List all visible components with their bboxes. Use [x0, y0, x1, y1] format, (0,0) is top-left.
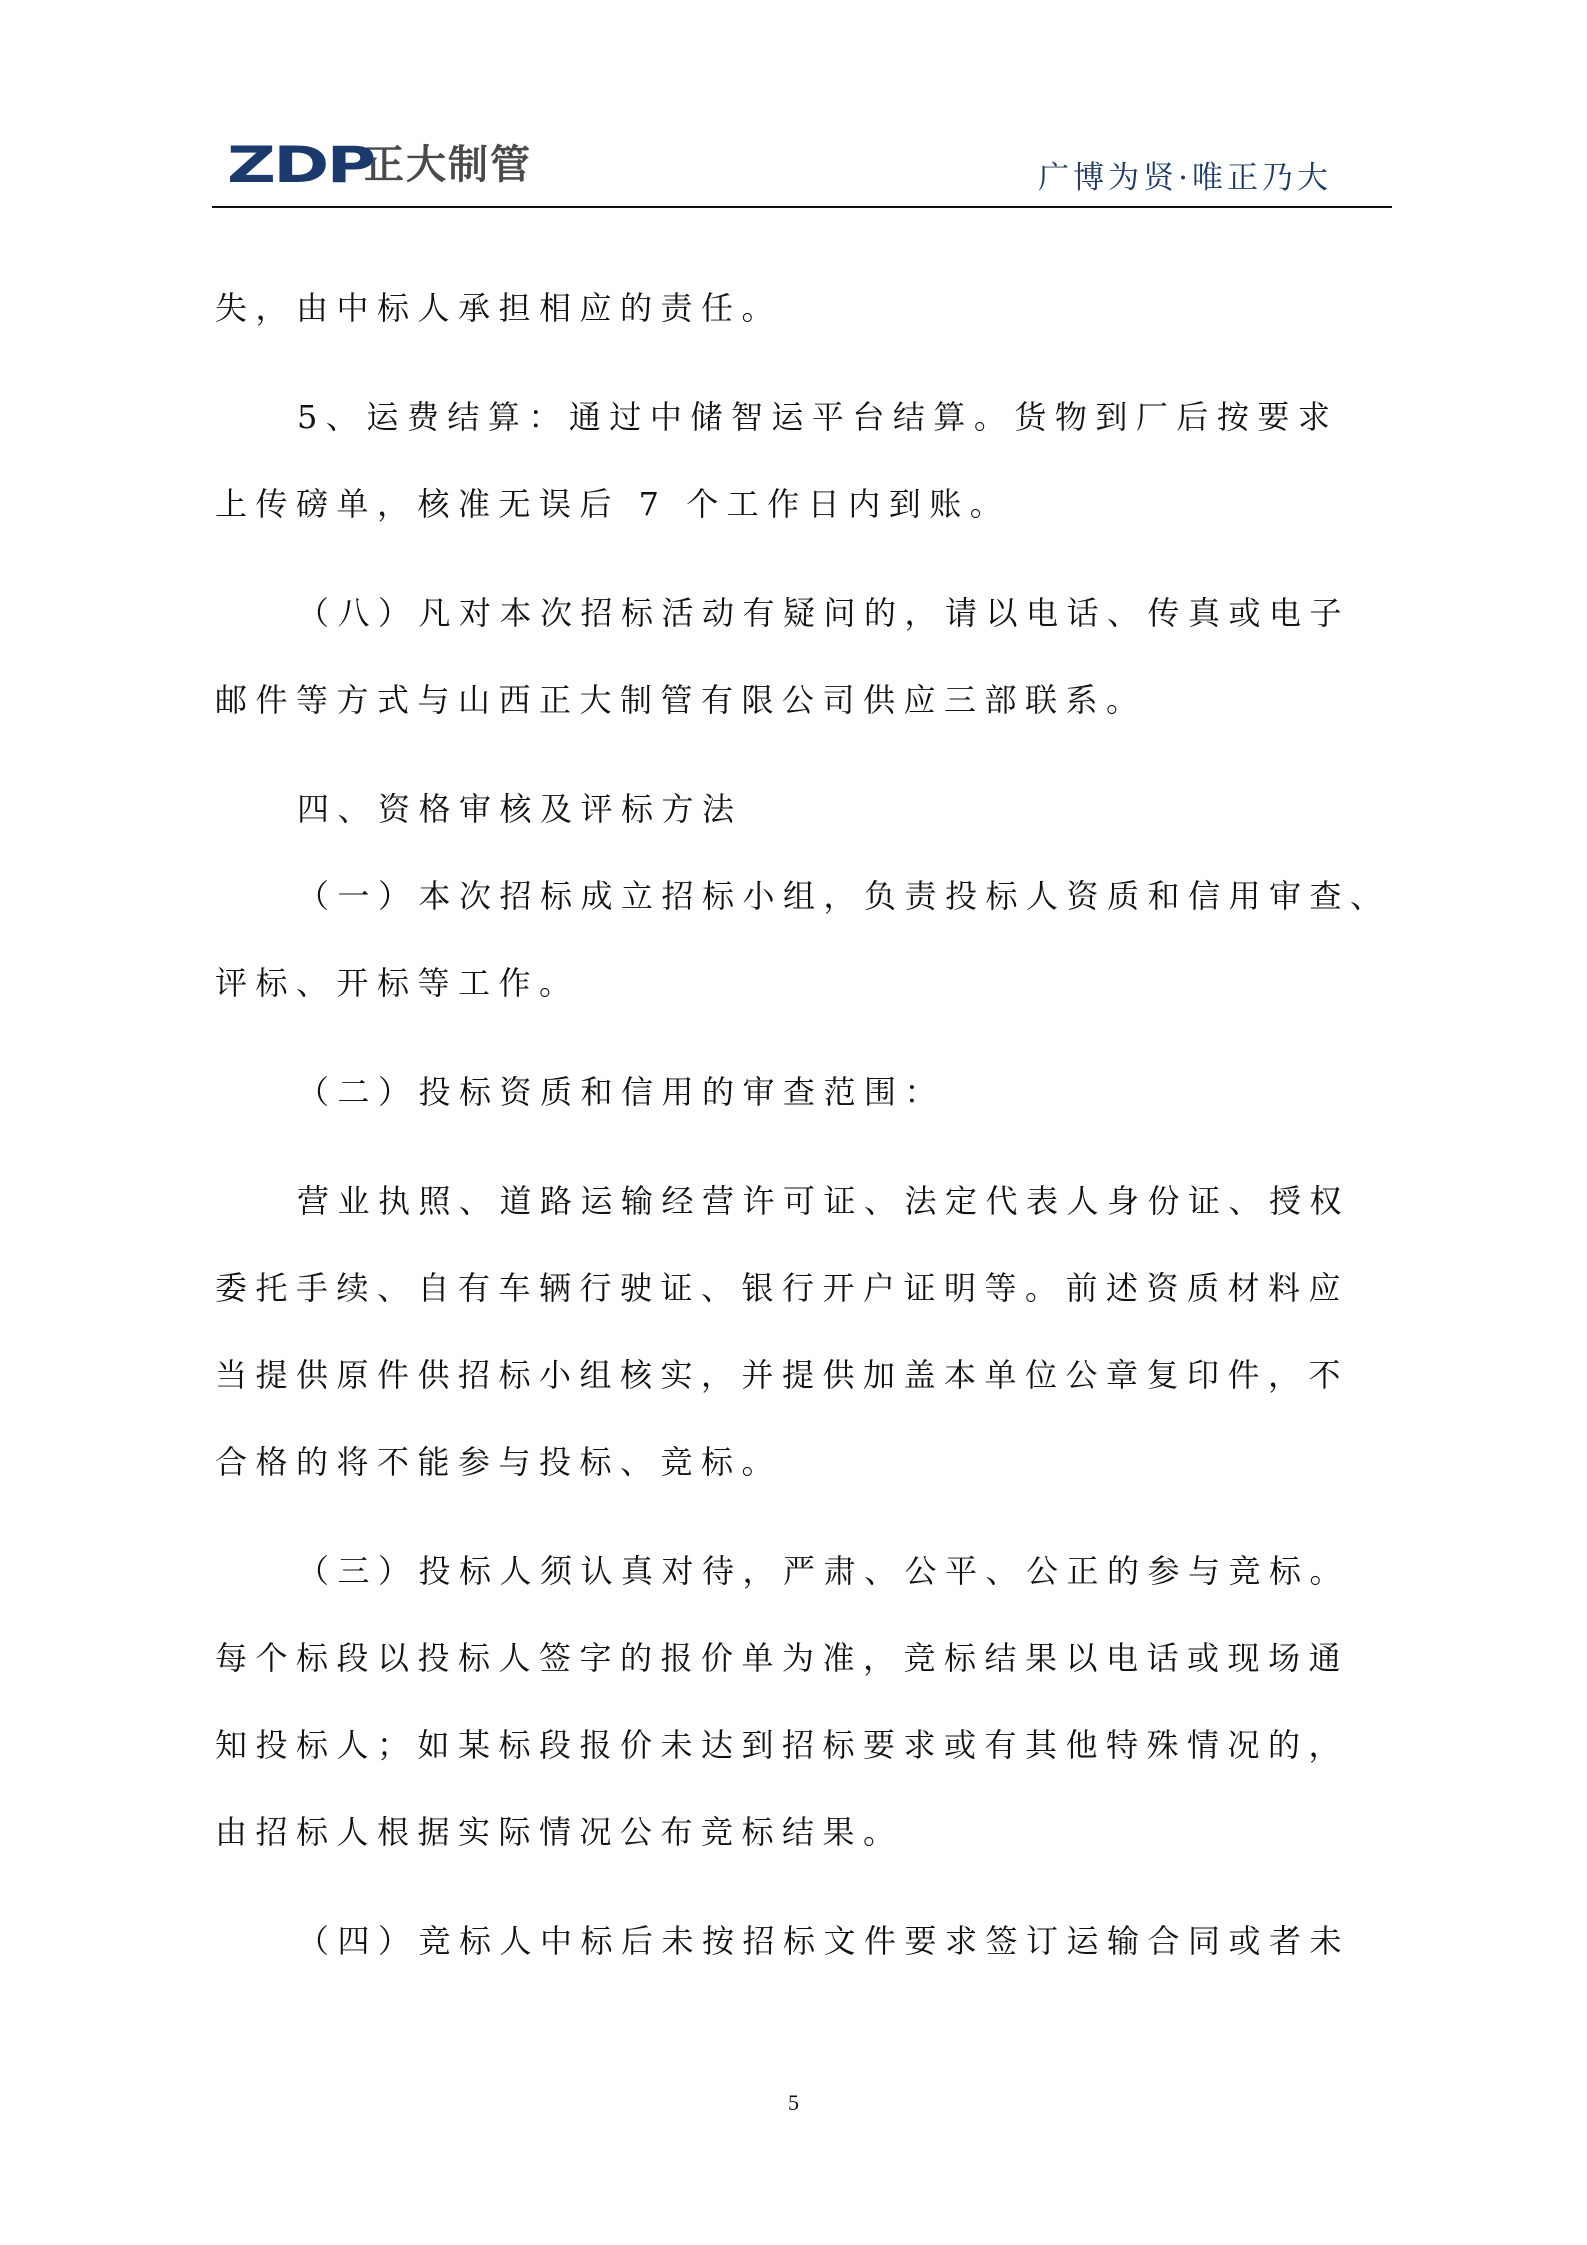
text-line: （八）凡对本次招标活动有疑问的，请以电话、传真或电子	[215, 570, 1395, 657]
paragraph-bidding-conduct: （三）投标人须认真对待，严肃、公平、公正的参与竞标。 每个标段以投标人签字的报价…	[215, 1528, 1395, 1876]
text-line: 评标、开标等工作。	[215, 940, 1395, 1027]
text-line: 由招标人根据实际情况公布竞标结果。	[215, 1789, 1395, 1876]
text-line: 合格的将不能参与投标、竞标。	[215, 1419, 1395, 1506]
paragraph-bid-team: （一）本次招标成立招标小组，负责投标人资质和信用审查、 评标、开标等工作。	[215, 853, 1395, 1027]
text-line: 邮件等方式与山西正大制管有限公司供应三部联系。	[215, 657, 1395, 744]
paragraph-required-documents: 营业执照、道路运输经营许可证、法定代表人身份证、授权 委托手续、自有车辆行驶证、…	[215, 1158, 1395, 1506]
text-line: 委托手续、自有车辆行驶证、银行开户证明等。前述资质材料应	[215, 1245, 1395, 1332]
text-line: 营业执照、道路运输经营许可证、法定代表人身份证、授权	[215, 1158, 1395, 1245]
text-line: （二）投标资质和信用的审查范围：	[215, 1049, 1395, 1136]
document-page: ZDP 正大制管 广博为贤·唯正乃大 失，由中标人承担相应的责任。 5、运费结算…	[0, 0, 1587, 2245]
zdp-logo-mark: ZDP	[227, 140, 396, 190]
paragraph-continuation: 失，由中标人承担相应的责任。	[215, 265, 1395, 352]
text-line: 5、运费结算：通过中储智运平台结算。货物到厂后按要求	[215, 374, 1395, 461]
text-line: 当提供原件供招标小组核实，并提供加盖本单位公章复印件，不	[215, 1332, 1395, 1419]
document-body: 失，由中标人承担相应的责任。 5、运费结算：通过中储智运平台结算。货物到厂后按要…	[215, 265, 1395, 1985]
text-line: （一）本次招标成立招标小组，负责投标人资质和信用审查、	[215, 853, 1395, 940]
text-line: （三）投标人须认真对待，严肃、公平、公正的参与竞标。	[215, 1528, 1395, 1615]
paragraph-inquiries: （八）凡对本次招标活动有疑问的，请以电话、传真或电子 邮件等方式与山西正大制管有…	[215, 570, 1395, 744]
paragraph-contract-default: （四）竞标人中标后未按招标文件要求签订运输合同或者未	[215, 1898, 1395, 1985]
section-heading: 四、资格审核及评标方法	[215, 766, 1395, 853]
text-line: （四）竞标人中标后未按招标文件要求签订运输合同或者未	[215, 1898, 1395, 1985]
company-slogan: 广博为贤·唯正乃大	[1038, 152, 1332, 197]
page-header: ZDP 正大制管 广博为贤·唯正乃大	[212, 130, 1392, 208]
text-line: 上传磅单，核准无误后 7 个工作日内到账。	[215, 461, 1395, 548]
paragraph-freight-settlement: 5、运费结算：通过中储智运平台结算。货物到厂后按要求 上传磅单，核准无误后 7 …	[215, 374, 1395, 548]
paragraph-review-scope: （二）投标资质和信用的审查范围：	[215, 1049, 1395, 1136]
text-line: 每个标段以投标人签字的报价单为准，竞标结果以电话或现场通	[215, 1615, 1395, 1702]
text-line: 失，由中标人承担相应的责任。	[215, 265, 1395, 352]
page-number: 5	[0, 2090, 1587, 2116]
header-divider	[212, 206, 1392, 208]
company-logo: ZDP 正大制管	[227, 140, 532, 190]
text-line: 知投标人；如某标段报价未达到招标要求或有其他特殊情况的，	[215, 1702, 1395, 1789]
